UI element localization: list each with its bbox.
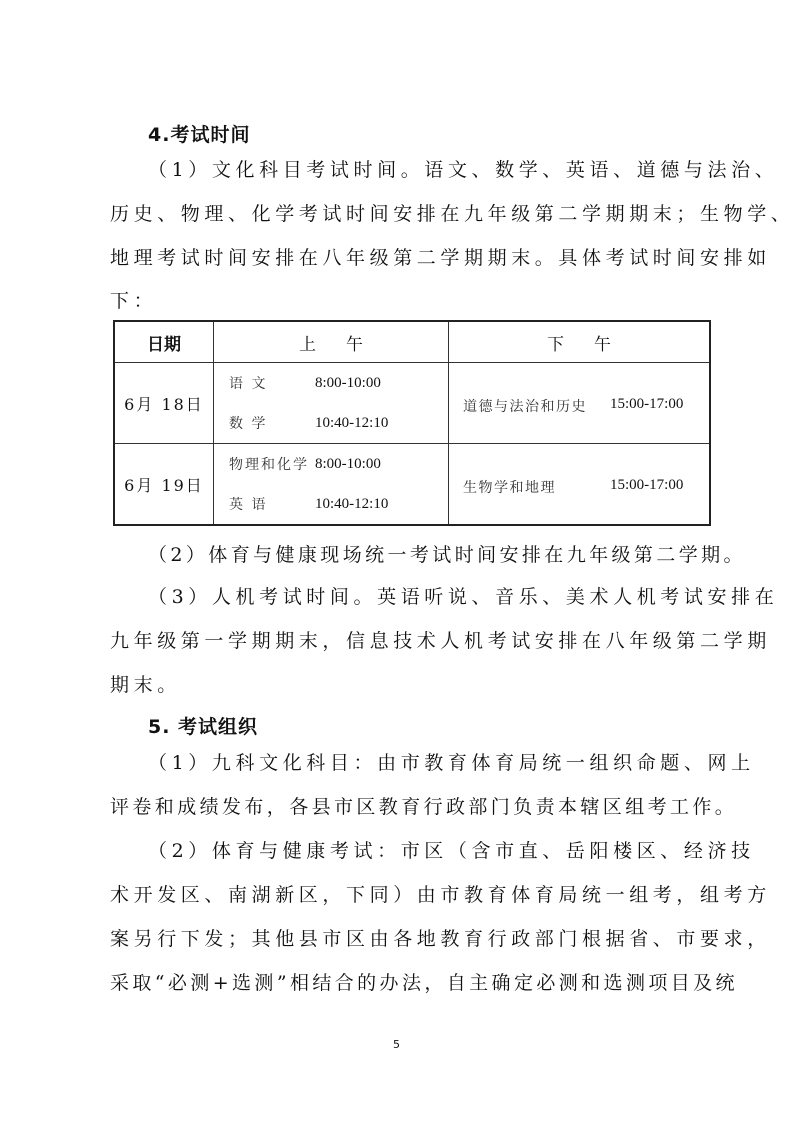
time: 15:00-17:00 — [610, 396, 683, 416]
afternoon-cell: 道德与法治和历史 15:00-17:00 — [449, 363, 711, 444]
subject: 生物学和地理 — [463, 477, 610, 497]
page-number: 5 — [393, 1038, 400, 1051]
afternoon-exam: 生物学和地理 15:00-17:00 — [449, 471, 709, 497]
section-4-heading: 4.考试时间 — [148, 120, 250, 147]
paragraph-line: 下： — [110, 286, 157, 313]
time: 8:00-10:00 — [315, 375, 381, 392]
morning-exam: 数 学 10:40-12:10 — [214, 403, 448, 443]
paragraph-line: 案另行下发；其他县市区由各地教育行政部门根据省、市要求， — [110, 924, 771, 951]
paragraph-line: （1）九科文化科目：由市教育体育局统一组织命题、网上 — [148, 748, 755, 775]
time: 8:00-10:00 — [315, 456, 381, 473]
paragraph-line: （2）体育与健康考试：市区（含市直、岳阳楼区、经济技 — [148, 836, 755, 863]
table-header-row: 日期 上午 下午 — [114, 321, 710, 363]
date-cell: 6月 18日 — [114, 363, 214, 444]
time: 10:40-12:10 — [315, 496, 388, 513]
morning-exam: 语 文 8:00-10:00 — [214, 363, 448, 403]
afternoon-exam: 道德与法治和历史 15:00-17:00 — [449, 390, 709, 416]
header-morning: 上午 — [214, 321, 449, 363]
paragraph-line: 期末。 — [110, 670, 181, 697]
morning-cell: 物理和化学 8:00-10:00 英 语 10:40-12:10 — [214, 444, 449, 526]
date-cell: 6月 19日 — [114, 444, 214, 526]
section-5-heading: 5. 考试组织 — [148, 712, 258, 739]
header-afternoon: 下午 — [449, 321, 711, 363]
header-date: 日期 — [114, 321, 214, 363]
paragraph-line: 评卷和成绩发布，各县市区教育行政部门负责本辖区组考工作。 — [110, 792, 737, 819]
paragraph-line: 九年级第一学期期末，信息技术人机考试安排在八年级第二学期 — [110, 626, 771, 653]
table-row: 6月 18日 语 文 8:00-10:00 数 学 10:40-12:10 道德… — [114, 363, 710, 444]
paragraph-line: （2）体育与健康现场统一考试时间安排在九年级第二学期。 — [148, 540, 746, 567]
paragraph-line: 历史、物理、化学考试时间安排在九年级第二学期期末；生物学、 — [110, 199, 793, 226]
morning-exam: 英 语 10:40-12:10 — [214, 484, 448, 524]
paragraph-line: （3）人机考试时间。英语听说、音乐、美术人机考试安排在 — [148, 582, 778, 609]
paragraph-line: （1）文化科目考试时间。语文、数学、英语、道德与法治、 — [148, 155, 778, 182]
table-row: 6月 19日 物理和化学 8:00-10:00 英 语 10:40-12:10 … — [114, 444, 710, 526]
subject: 英 语 — [229, 494, 315, 514]
time: 10:40-12:10 — [315, 415, 388, 432]
morning-exam: 物理和化学 8:00-10:00 — [214, 444, 448, 484]
subject: 数 学 — [229, 413, 315, 433]
time: 15:00-17:00 — [610, 477, 683, 497]
afternoon-cell: 生物学和地理 15:00-17:00 — [449, 444, 711, 526]
exam-schedule-table: 日期 上午 下午 6月 18日 语 文 8:00-10:00 数 学 10:40… — [113, 320, 711, 526]
subject: 语 文 — [229, 373, 315, 393]
paragraph-line: 采取“必测+选测”相结合的办法，自主确定必测和选测项目及统 — [110, 968, 738, 995]
subject: 物理和化学 — [229, 454, 315, 474]
paragraph-line: 地理考试时间安排在八年级第二学期期末。具体考试时间安排如 — [110, 243, 771, 270]
morning-cell: 语 文 8:00-10:00 数 学 10:40-12:10 — [214, 363, 449, 444]
subject: 道德与法治和历史 — [463, 396, 610, 416]
paragraph-line: 术开发区、南湖新区，下同）由市教育体育局统一组考，组考方 — [110, 880, 771, 907]
